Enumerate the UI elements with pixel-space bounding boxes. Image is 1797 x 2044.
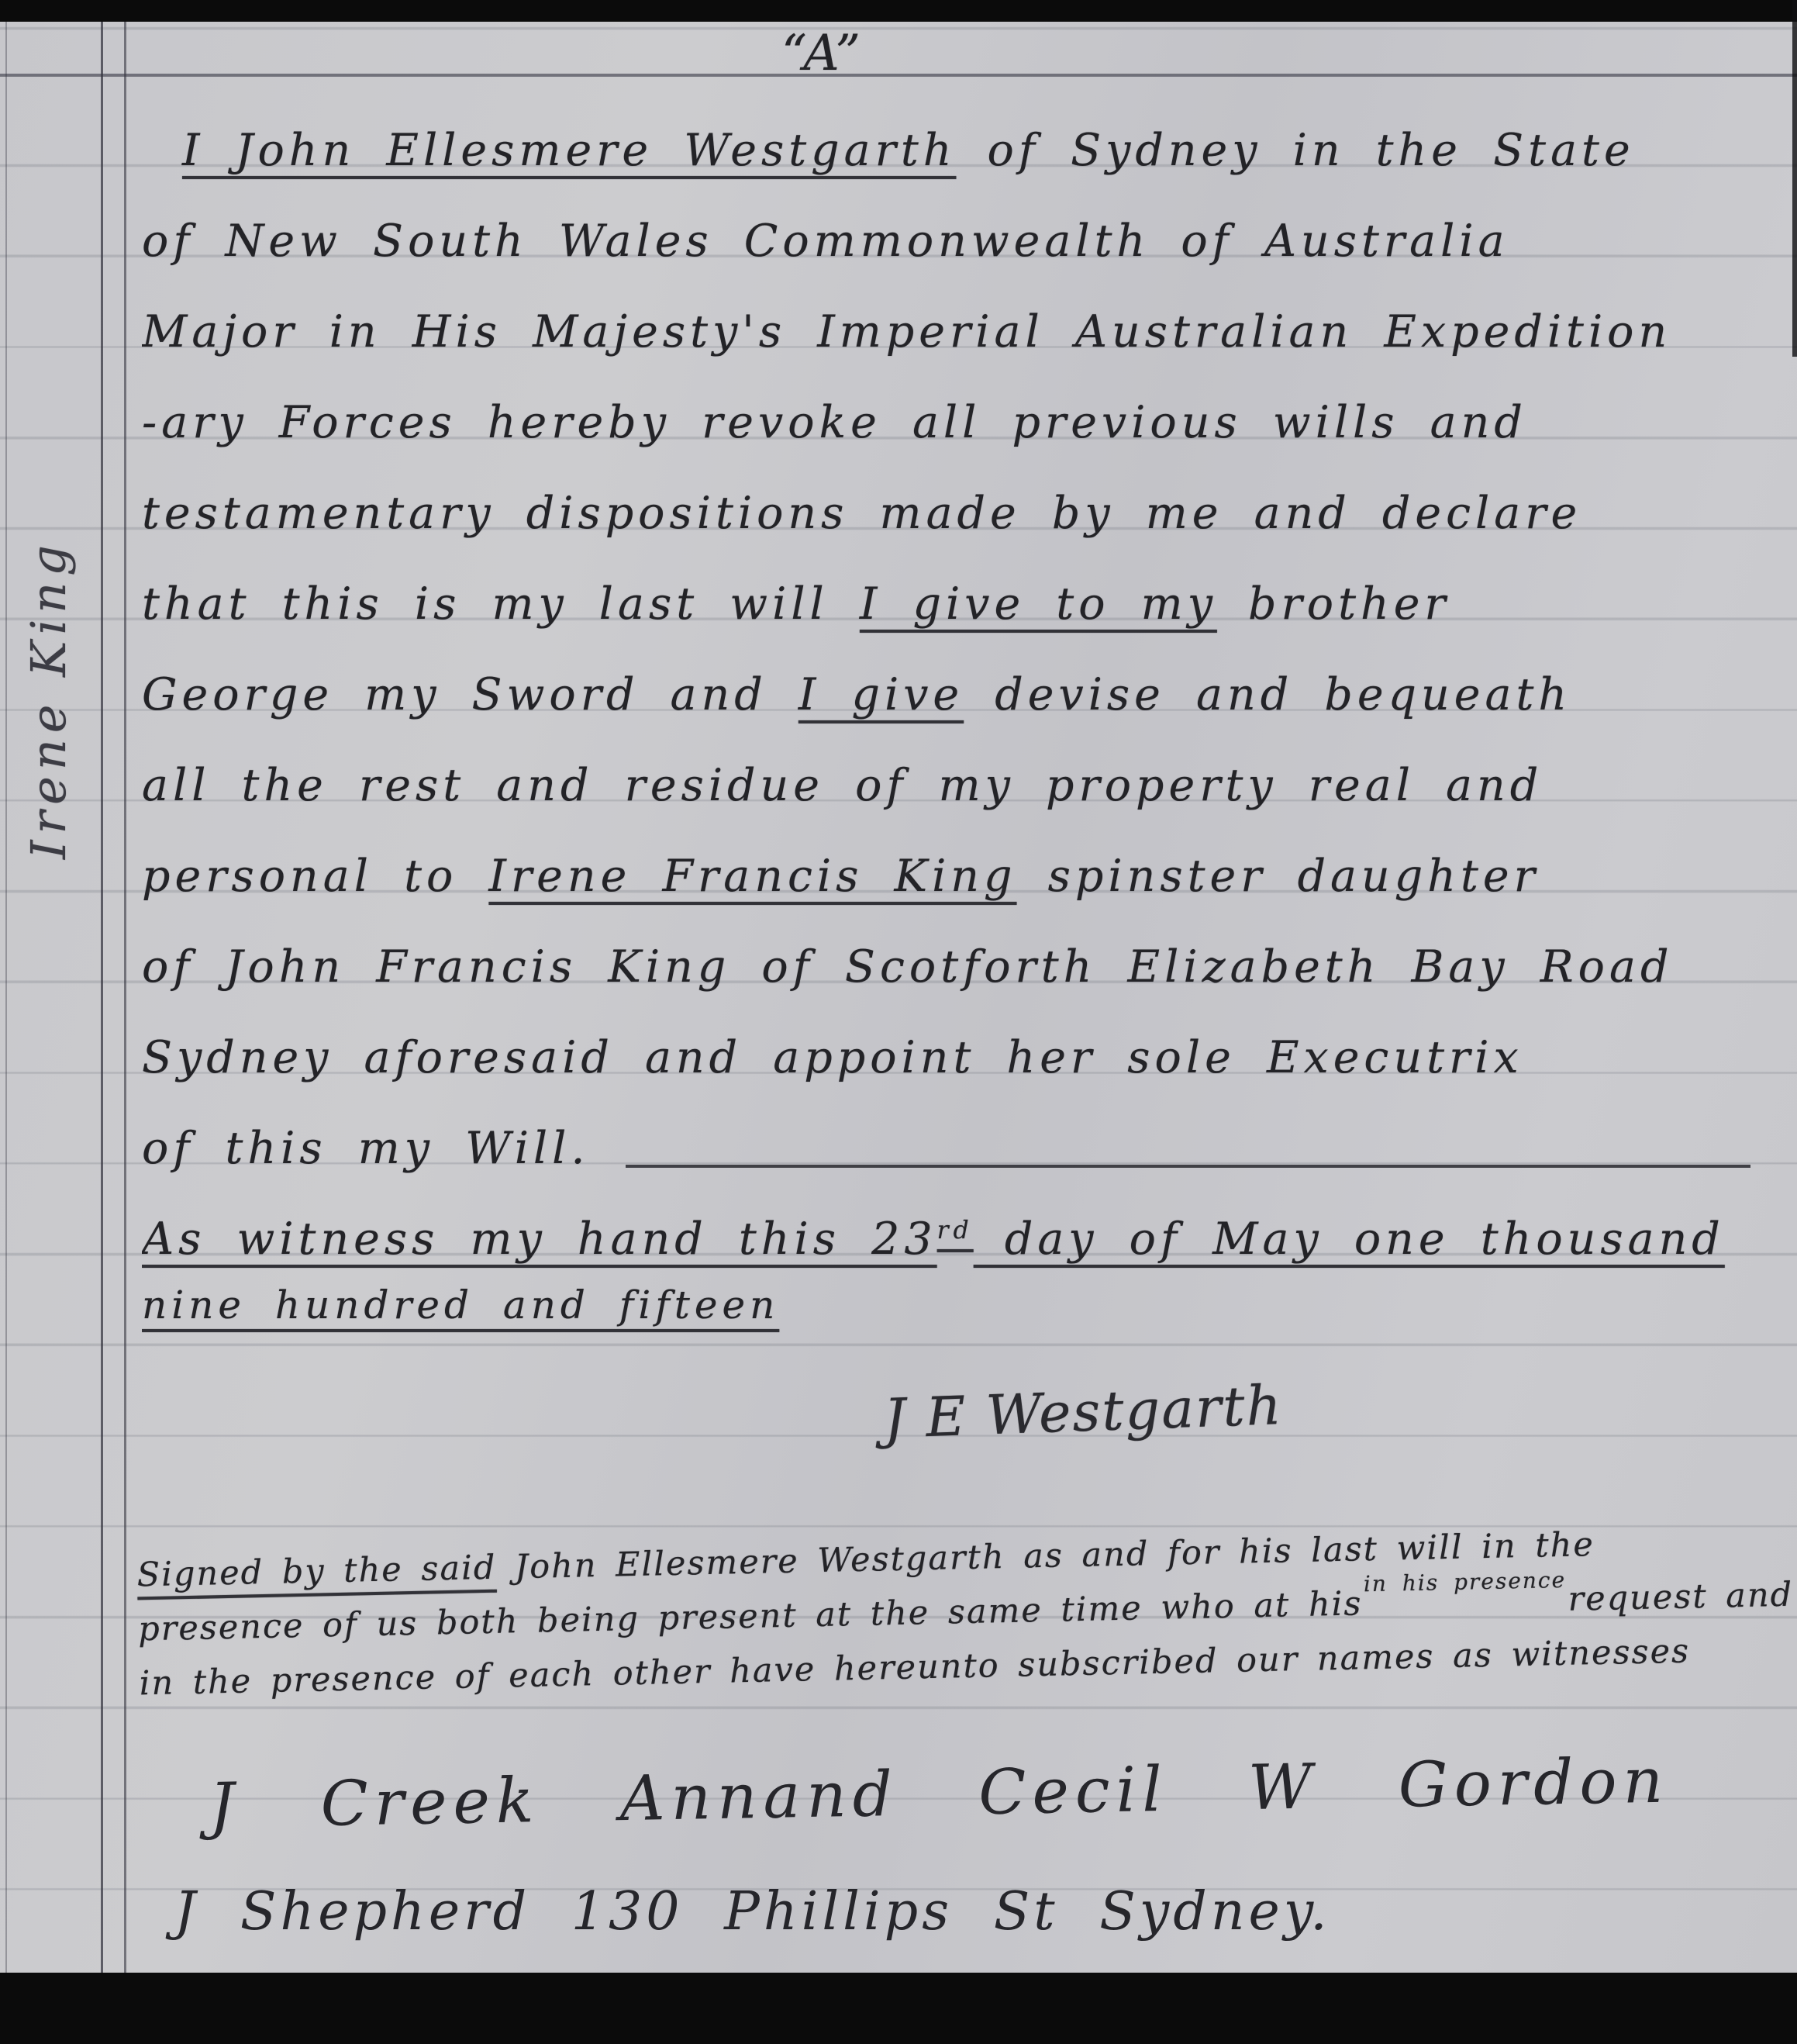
testator-signature: J E Westgarth xyxy=(883,1373,1284,1451)
exhibit-label: “A” xyxy=(781,25,864,82)
will-line: personal to Irene Francis King spinster … xyxy=(142,831,1797,922)
attestation-clause: Signed by the said John Ellesmere Westga… xyxy=(136,1514,1797,1711)
will-line: -ary Forces hereby revoke all previous w… xyxy=(142,378,1797,468)
will-line: I John Ellesmere Westgarth of Sydney in … xyxy=(142,105,1797,196)
will-line: George my Sword and I give devise and be… xyxy=(142,650,1797,741)
top-ruled-line xyxy=(0,74,1797,77)
will-line: Major in His Majesty's Imperial Australi… xyxy=(142,287,1797,378)
ledger-paper: Irene King “A” I John Ellesmere Westgart… xyxy=(0,22,1797,1973)
scan-bottom-edge xyxy=(0,1973,1797,2044)
will-line: of this my Will. xyxy=(142,1103,1797,1194)
witness-signature-2: J Shepherd 130 Phillips St Sydney. xyxy=(174,1881,1331,1942)
witness-signature-1: J Creek Annand Cecil W Gordon xyxy=(209,1745,1669,1842)
scanned-will-page: Irene King “A” I John Ellesmere Westgart… xyxy=(0,0,1797,2044)
scan-top-edge xyxy=(0,0,1797,22)
will-line: that this is my last will I give to my b… xyxy=(142,559,1797,650)
will-line: of John Francis King of Scotforth Elizab… xyxy=(142,922,1797,1013)
will-line: Sydney aforesaid and appoint her sole Ex… xyxy=(142,1013,1797,1103)
will-line: As witness my hand this 23rd day of May … xyxy=(142,1194,1797,1285)
flourish-rule xyxy=(626,1165,1750,1168)
will-line: of New South Wales Commonwealth of Austr… xyxy=(142,196,1797,287)
margin-note: Irene King xyxy=(20,161,105,859)
left-edge-line xyxy=(5,22,7,1973)
will-line: nine hundred and fifteen xyxy=(142,1274,1797,1348)
scan-right-edge xyxy=(1792,0,1797,357)
margin-rule-inner xyxy=(124,22,126,1973)
will-line: all the rest and residue of my property … xyxy=(142,741,1797,831)
will-body-text: I John Ellesmere Westgarth of Sydney in … xyxy=(142,105,1797,1348)
will-line: testamentary dispositions made by me and… xyxy=(142,468,1797,559)
